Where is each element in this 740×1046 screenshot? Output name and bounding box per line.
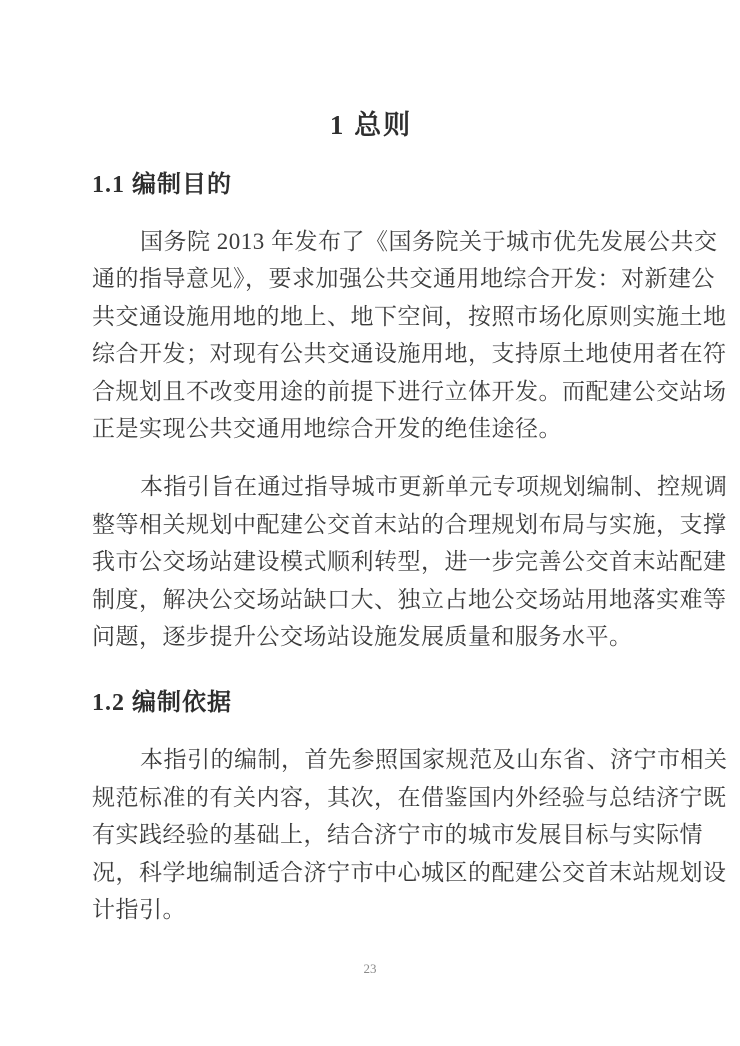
text-line: 况，科学地编制适合济宁市中心城区的配建公交首末站规划设 bbox=[92, 854, 650, 891]
text-line: 整等相关规划中配建公交首末站的合理规划布局与实施，支撑 bbox=[92, 506, 650, 543]
text-line: 通的指导意见》，要求加强公共交通用地综合开发：对新建公 bbox=[92, 260, 650, 297]
text-line: 问题，逐步提升公交场站设施发展质量和服务水平。 bbox=[92, 618, 650, 655]
text-line: 共交通设施用地的地上、地下空间，按照市场化原则实施土地 bbox=[92, 298, 650, 335]
text-line: 计指引。 bbox=[92, 891, 650, 928]
section-heading-1-1: 1.1 编制目的 bbox=[92, 168, 650, 202]
document-page: 1 总则 1.1 编制目的 国务院 2013 年发布了《国务院关于城市优先发展公… bbox=[0, 0, 740, 1046]
text-line: 综合开发；对现有公共交通设施用地，支持原土地使用者在符 bbox=[92, 335, 650, 372]
text-line: 制度，解决公交场站缺口大、独立占地公交场站用地落实难等 bbox=[92, 581, 650, 618]
paragraph: 本指引旨在通过指导城市更新单元专项规划编制、控规调 整等相关规划中配建公交首末站… bbox=[92, 468, 650, 655]
section-heading-1-2: 1.2 编制依据 bbox=[92, 686, 650, 720]
text-line: 有实践经验的基础上，结合济宁市的城市发展目标与实际情 bbox=[92, 816, 650, 853]
text-line: 本指引旨在通过指导城市更新单元专项规划编制、控规调 bbox=[92, 468, 650, 505]
page-number: 23 bbox=[0, 961, 740, 977]
text-line: 正是实现公共交通用地综合开发的绝佳途径。 bbox=[92, 410, 650, 447]
paragraph: 国务院 2013 年发布了《国务院关于城市优先发展公共交 通的指导意见》，要求加… bbox=[92, 223, 650, 447]
text-line: 国务院 2013 年发布了《国务院关于城市优先发展公共交 bbox=[92, 223, 650, 260]
text-block: 1 总则 1.1 编制目的 国务院 2013 年发布了《国务院关于城市优先发展公… bbox=[92, 0, 650, 929]
chapter-title: 1 总则 bbox=[92, 0, 650, 144]
text-line: 本指引的编制，首先参照国家规范及山东省、济宁市相关 bbox=[92, 741, 650, 778]
text-line: 我市公交场站建设模式顺利转型，进一步完善公交首末站配建 bbox=[92, 543, 650, 580]
text-line: 规范标准的有关内容，其次，在借鉴国内外经验与总结济宁既 bbox=[92, 779, 650, 816]
text-line: 合规划且不改变用途的前提下进行立体开发。而配建公交站场 bbox=[92, 373, 650, 410]
paragraph: 本指引的编制，首先参照国家规范及山东省、济宁市相关 规范标准的有关内容，其次，在… bbox=[92, 741, 650, 928]
